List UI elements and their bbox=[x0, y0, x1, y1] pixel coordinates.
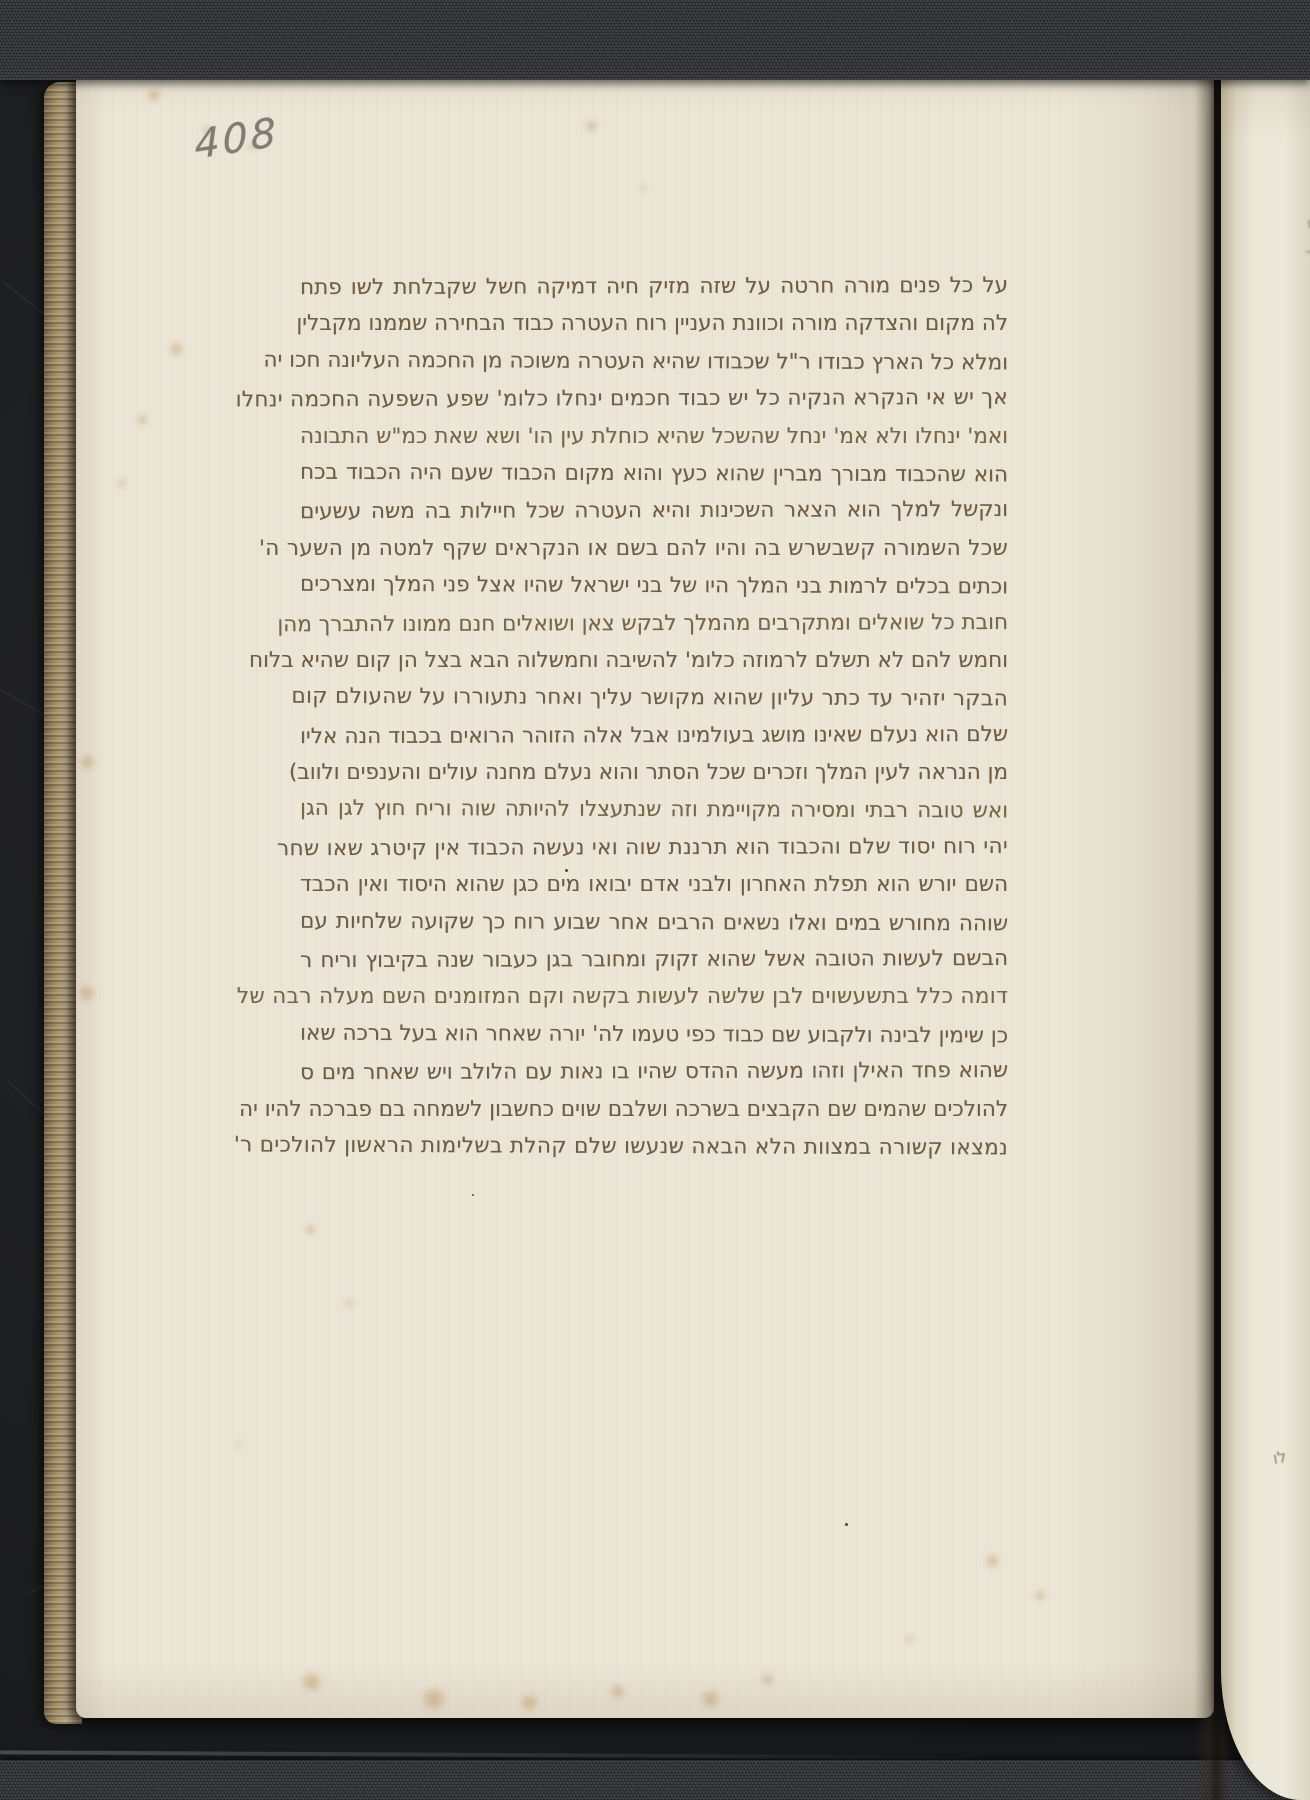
manuscript-text-line: כן שימין לבינה ולקבוע שם כבוד כפי טעמו ל… bbox=[300, 1014, 1008, 1054]
ink-speck bbox=[845, 1523, 848, 1526]
foxing-stain bbox=[298, 1672, 325, 1692]
manuscript-text-line: אך יש אי הנקרא הנקיה כל יש כבוד חכמים ינ… bbox=[300, 379, 1008, 419]
manuscript-text-line: על כל פנים מורה חרטה על שזה מזיק חיה דמי… bbox=[300, 267, 1008, 307]
cover-fabric-top bbox=[0, 0, 1310, 80]
manuscript-text-line: שהוא פחד האילן וזהו מעשה ההדס שהיו בו נא… bbox=[300, 1052, 1008, 1092]
foxing-stain bbox=[116, 478, 127, 488]
manuscript-text-line: להולכים שהמים שם הקבצים בשרכה ושלבם שוים… bbox=[300, 1091, 1008, 1128]
foxing-stain bbox=[698, 1690, 723, 1708]
foxing-stain bbox=[344, 1298, 355, 1308]
facing-page-sliver: שכבר ולא שלםובלב שלהבת נרוכשער בם כייולד… bbox=[1221, 80, 1310, 1800]
foxing-stain bbox=[418, 1688, 450, 1710]
quire-mark: לו bbox=[1271, 1447, 1288, 1468]
manuscript-text-line: ואש טובה רבתי ומסירה מקויימת וזה שנתעצלו… bbox=[300, 790, 1008, 830]
manuscript-photo: 408 על כל פנים מורה חרטה על שזה מזיק חיה… bbox=[0, 0, 1310, 1800]
foxing-stain bbox=[136, 414, 149, 425]
manuscript-text-line: וחמש להם לא תשלם לרמוזה כלומ' להשיבה וחמ… bbox=[300, 642, 1008, 679]
manuscript-text-line: ומלא כל הארץ כבודו ר"ל שכבודו שהיא העטרה… bbox=[300, 341, 1008, 381]
foxing-stain bbox=[146, 88, 162, 102]
manuscript-text-line: מן הנראה לעין המלך וזכרים שכל הסתר והוא … bbox=[300, 754, 1008, 791]
manuscript-text-line: ונקשל למלך הוא הצאר השכינות והיא העטרה ש… bbox=[300, 491, 1008, 531]
foxing-stain bbox=[584, 120, 599, 132]
manuscript-text-line: הבקר יזהיר עד כתר עליון שהוא מקושר עליך … bbox=[300, 678, 1008, 718]
foxing-stain bbox=[904, 1634, 915, 1644]
foxing-stain bbox=[518, 1694, 541, 1711]
foxing-stain bbox=[1034, 1590, 1047, 1601]
manuscript-text-line: שכל השמורה קשבשרש בה והיו להם בשם או הנק… bbox=[300, 530, 1008, 567]
manuscript-page: 408 על כל פנים מורה חרטה על שזה מזיק חיה… bbox=[76, 64, 1214, 1718]
manuscript-text-block: על כל פנים מורה חרטה על שזה מזיק חיה דמי… bbox=[300, 268, 1008, 1165]
manuscript-text-line: שלם הוא נעלם שאינו מושג בעולמינו אבל אלה… bbox=[300, 716, 1008, 756]
manuscript-text-line: נמצאו קשורה במצוות הלא הבאה שנעשו שלם קה… bbox=[300, 1127, 1008, 1167]
manuscript-text-line: לה מקום והצדקה מורה וכוונת העניין רוח הע… bbox=[300, 305, 1008, 342]
folio-number: 408 bbox=[193, 109, 280, 169]
foxing-stain bbox=[234, 1440, 244, 1449]
foxing-stain bbox=[760, 1674, 775, 1686]
manuscript-text-line: שוהה מחורש במים ואלו נשאים הרבים אחר שבו… bbox=[300, 902, 1008, 942]
manuscript-text-line: יהי רוח יסוד שלם והכבוד הוא תרננת שוה וא… bbox=[300, 828, 1008, 868]
foxing-stain bbox=[78, 754, 97, 770]
manuscript-text-line: וכתים בכלים לרמות בני המלך היו של בני יש… bbox=[300, 566, 1008, 606]
foxing-stain bbox=[76, 984, 97, 1002]
manuscript-text-line: השם יורש הוא תפלת האחרון ולבני אדם יבואו… bbox=[300, 866, 1008, 903]
manuscript-text-line: הבשם לעשות הטובה אשל שהוא זקוק ומחובר בג… bbox=[300, 940, 1008, 980]
ink-speck bbox=[472, 1194, 474, 1196]
cover-fabric-bottom bbox=[0, 1760, 1310, 1800]
foxing-stain bbox=[304, 1224, 317, 1235]
foxing-stain bbox=[168, 342, 185, 356]
foxing-stain bbox=[608, 1684, 627, 1699]
foxing-stain bbox=[984, 1554, 1001, 1568]
foxing-stain bbox=[638, 184, 648, 193]
manuscript-text-line: הוא שהכבוד מבורך מברין שהוא כעץ והוא מקו… bbox=[300, 454, 1008, 494]
cover-edge-highlight bbox=[0, 1750, 1000, 1759]
manuscript-text-line: דומה כלל בתשעשוים לבן שלשה לעשות בקשה וק… bbox=[300, 978, 1008, 1015]
manuscript-text-line: חובת כל שואלים ומתקרבים מהמלך לבקש צאן ו… bbox=[300, 603, 1008, 643]
manuscript-text-line: ואמ' ינחלו ולא אמ' ינחל שהשכל שהיא כוחלת… bbox=[300, 418, 1008, 455]
facing-page-text: שכבר ולא שלםובלב שלהבת נרוכשער בם כייולד… bbox=[1221, 192, 1310, 1108]
